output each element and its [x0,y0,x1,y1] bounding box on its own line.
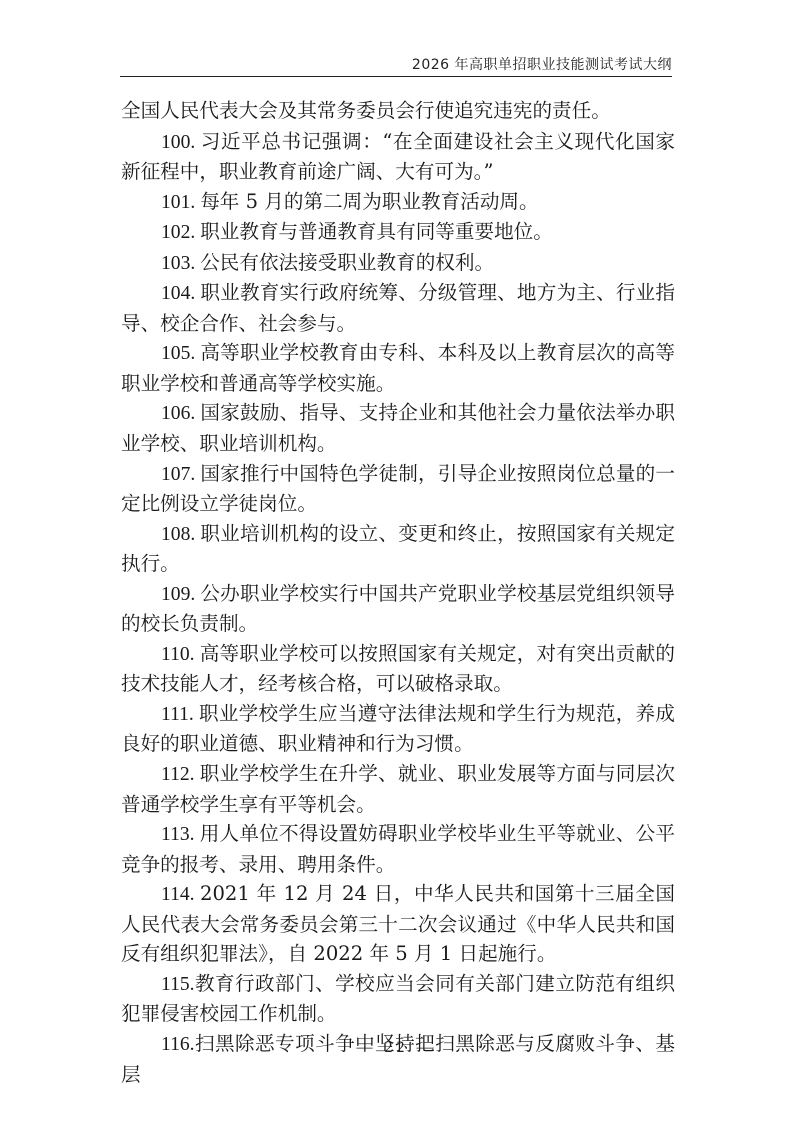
paragraph: 105. 高等职业学校教育由专科、本科及以上教育层次的高等职业学校和普通高等学校… [121,338,675,398]
header-title: 2026 年高职单招职业技能测试考试大纲 [412,54,672,74]
paragraph: 112. 职业学校学生在升学、就业、职业发展等方面与同层次普通学校学生享有平等机… [121,759,675,819]
paragraph: 100. 习近平总书记强调：“在全面建设社会主义现代化国家新征程中，职业教育前途… [121,127,675,187]
paragraph: 111. 职业学校学生应当遵守法律法规和学生行为规范，养成良好的职业道德、职业精… [121,699,675,759]
paragraph: 101. 每年 5 月的第二周为职业教育活动周。 [121,187,675,218]
page-header: 2026 年高职单招职业技能测试考试大纲 [120,52,672,77]
paragraph: 110. 高等职业学校可以按照国家有关规定，对有突出贡献的技术技能人才，经考核合… [121,639,675,699]
paragraph: 102. 职业教育与普通教育具有同等重要地位。 [121,217,675,248]
paragraph: 114. 2021 年 12 月 24 日，中华人民共和国第十三届全国人民代表大… [121,879,675,969]
paragraph: 116.扫黑除恶专项斗争中坚持把扫黑除恶与反腐败斗争、基层 [121,1029,675,1089]
paragraph: 104. 职业教育实行政府统筹、分级管理、地方为主、行业指导、校企合作、社会参与… [121,278,675,338]
paragraph: 109. 公办职业学校实行中国共产党职业学校基层党组织领导的校长负责制。 [121,579,675,639]
paragraph: 103. 公民有依法接受职业教育的权利。 [121,248,675,279]
paragraph: 全国人民代表大会及其常务委员会行使追究违宪的责任。 [121,96,675,127]
paragraph: 115.教育行政部门、学校应当会同有关部门建立防范有组织犯罪侵害校园工作机制。 [121,969,675,1029]
paragraph: 106. 国家鼓励、指导、支持企业和其他社会力量依法举办职业学校、职业培训机构。 [121,398,675,458]
paragraph: 108. 职业培训机构的设立、变更和终止，按照国家有关规定执行。 [121,519,675,579]
page-number: — 22 — [0,1039,793,1057]
paragraph: 107. 国家推行中国特色学徒制，引导企业按照岗位总量的一定比例设立学徒岗位。 [121,459,675,519]
document-body: 全国人民代表大会及其常务委员会行使追究违宪的责任。 100. 习近平总书记强调：… [121,96,675,1089]
paragraph: 113. 用人单位不得设置妨碍职业学校毕业生平等就业、公平竞争的报考、录用、聘用… [121,819,675,879]
